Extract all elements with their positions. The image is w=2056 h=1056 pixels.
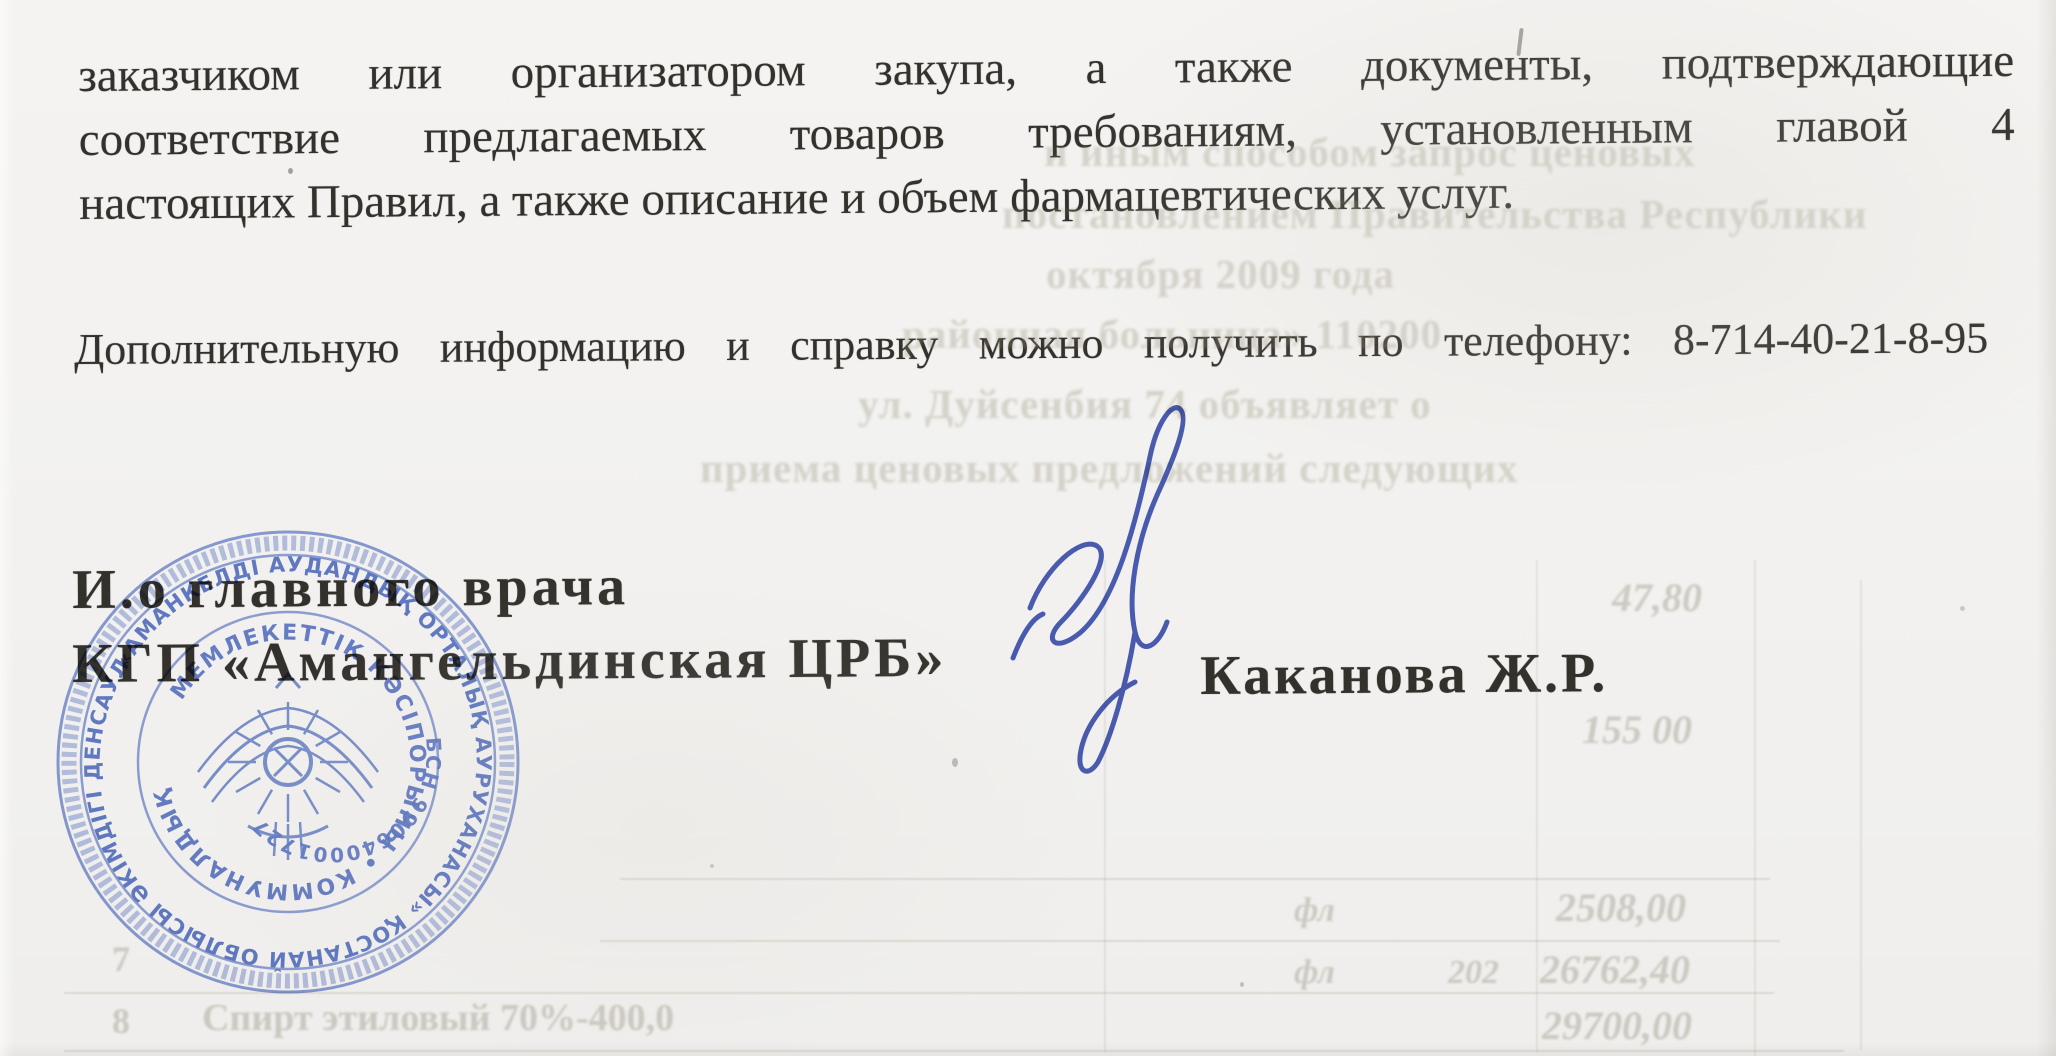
bleedthrough-table-rule — [1754, 560, 1756, 1056]
bleedthrough-line: районная больница» 110200 — [902, 310, 1442, 358]
bleedthrough-table-value: 26762,40 — [1540, 946, 1690, 993]
bleedthrough-table-unit: фл — [1294, 954, 1335, 992]
bleedthrough-table-rule — [64, 1050, 1844, 1052]
bleedthrough-line: октября 2009 года — [1046, 250, 1395, 298]
handwritten-signature — [985, 396, 1205, 796]
paper-speck — [710, 864, 714, 868]
bleedthrough-row-text: Спирт этиловый 70%-400,0 — [202, 996, 674, 1040]
phone-number: 8-714-40-21-8-95 — [1673, 313, 1989, 364]
stamp-emblem — [198, 674, 378, 860]
signature-stroke — [1013, 614, 1043, 658]
bleedthrough-table-value: 2508,00 — [1556, 884, 1686, 931]
bleedthrough-row-number: 8 — [112, 1000, 130, 1042]
bleedthrough-table-qty: 202 — [1448, 954, 1499, 992]
bleedthrough-table-rule — [620, 878, 1770, 880]
paper-speck — [952, 758, 958, 767]
scanned-document-page: и иным способом запрос ценовых постановл… — [0, 0, 2056, 1056]
bleedthrough-table-rule — [1860, 580, 1862, 1050]
signature-stroke — [1030, 408, 1183, 647]
official-stamp: «АМАНКЕЛДІ АУДАНДЫҚ ОРТАЛЫҚ АУРУХАНАСЫ» … — [52, 526, 524, 998]
paper-speck — [1240, 982, 1244, 987]
bleedthrough-table-rule — [600, 940, 1780, 942]
paper-speck — [1960, 606, 1965, 611]
bleedthrough-table-value: 155 00 — [1582, 706, 1692, 753]
bleedthrough-table-unit: фл — [1294, 892, 1335, 930]
signer-name: Каканова Ж.Р. — [1200, 641, 1608, 708]
bleedthrough-line: постановлением Правительства Республики — [1002, 190, 1868, 238]
paper-speck — [288, 168, 293, 174]
bleedthrough-table-value: 29700,00 — [1542, 1002, 1692, 1049]
signature-stroke — [1080, 632, 1135, 771]
bleedthrough-line: и иным способом запрос ценовых — [1044, 128, 1696, 176]
bleedthrough-table-value: 47,80 — [1612, 574, 1702, 621]
bleedthrough-table-rule — [1536, 560, 1538, 1052]
stamp-top-ornament — [276, 674, 300, 688]
